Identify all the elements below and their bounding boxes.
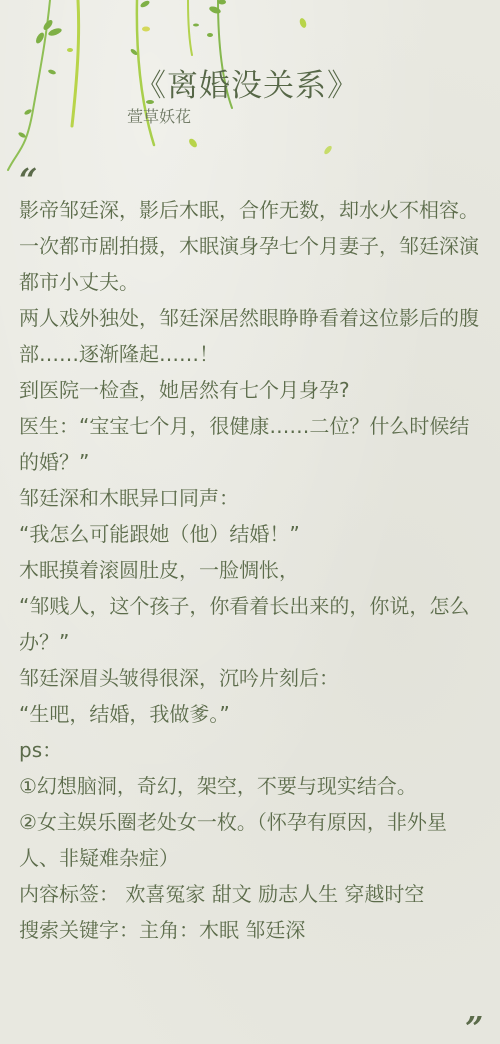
synopsis-paragraph: 邹廷深眉头皱得很深，沉吟片刻后：: [19, 660, 481, 696]
synopsis-paragraph: 到医院一检查，她居然有七个月身孕?: [19, 372, 481, 408]
synopsis-paragraph: 医生：“宝宝七个月，很健康……二位？什么时候结的婚？”: [19, 408, 481, 480]
synopsis-paragraph: 影帝邹廷深，影后木眠，合作无数，却水火不相容。: [19, 192, 481, 228]
book-title: 《离婚没关系》: [135, 60, 359, 105]
close-quote-mark: ”: [465, 1012, 483, 1044]
author-name: 萱草妖花: [127, 104, 191, 127]
synopsis-paragraph: “邹贱人，这个孩子，你看着长出来的，你说，怎么办？”: [19, 588, 481, 660]
ps-note-1: ①幻想脑洞，奇幻，架空，不要与现实结合。: [19, 768, 481, 804]
content-tags: 内容标签： 欢喜冤家 甜文 励志人生 穿越时空: [19, 876, 481, 912]
synopsis-paragraph: 一次都市剧拍摄，木眠演身孕七个月妻子，邹廷深演都市小丈夫。: [19, 228, 481, 300]
synopsis-body: 影帝邹廷深，影后木眠，合作无数，却水火不相容。 一次都市剧拍摄，木眠演身孕七个月…: [19, 192, 481, 948]
synopsis-paragraph: 两人戏外独处，邹廷深居然眼睁睁看着这位影后的腹部……逐渐隆起……！: [19, 300, 481, 372]
search-keywords: 搜索关键字：主角：木眠 邹廷深: [19, 912, 481, 948]
synopsis-paragraph: “生吧，结婚，我做爹。”: [19, 696, 481, 732]
synopsis-paragraph: 邹廷深和木眠异口同声：: [19, 480, 481, 516]
synopsis-paragraph: “我怎么可能跟她（他）结婚！”: [19, 516, 481, 552]
synopsis-paragraph: 木眠摸着滚圆肚皮，一脸惆怅，: [19, 552, 481, 588]
ps-label: ps：: [19, 732, 481, 768]
ps-note-2: ②女主娱乐圈老处女一枚。（怀孕有原因，非外星人、非疑难杂症）: [19, 804, 481, 876]
